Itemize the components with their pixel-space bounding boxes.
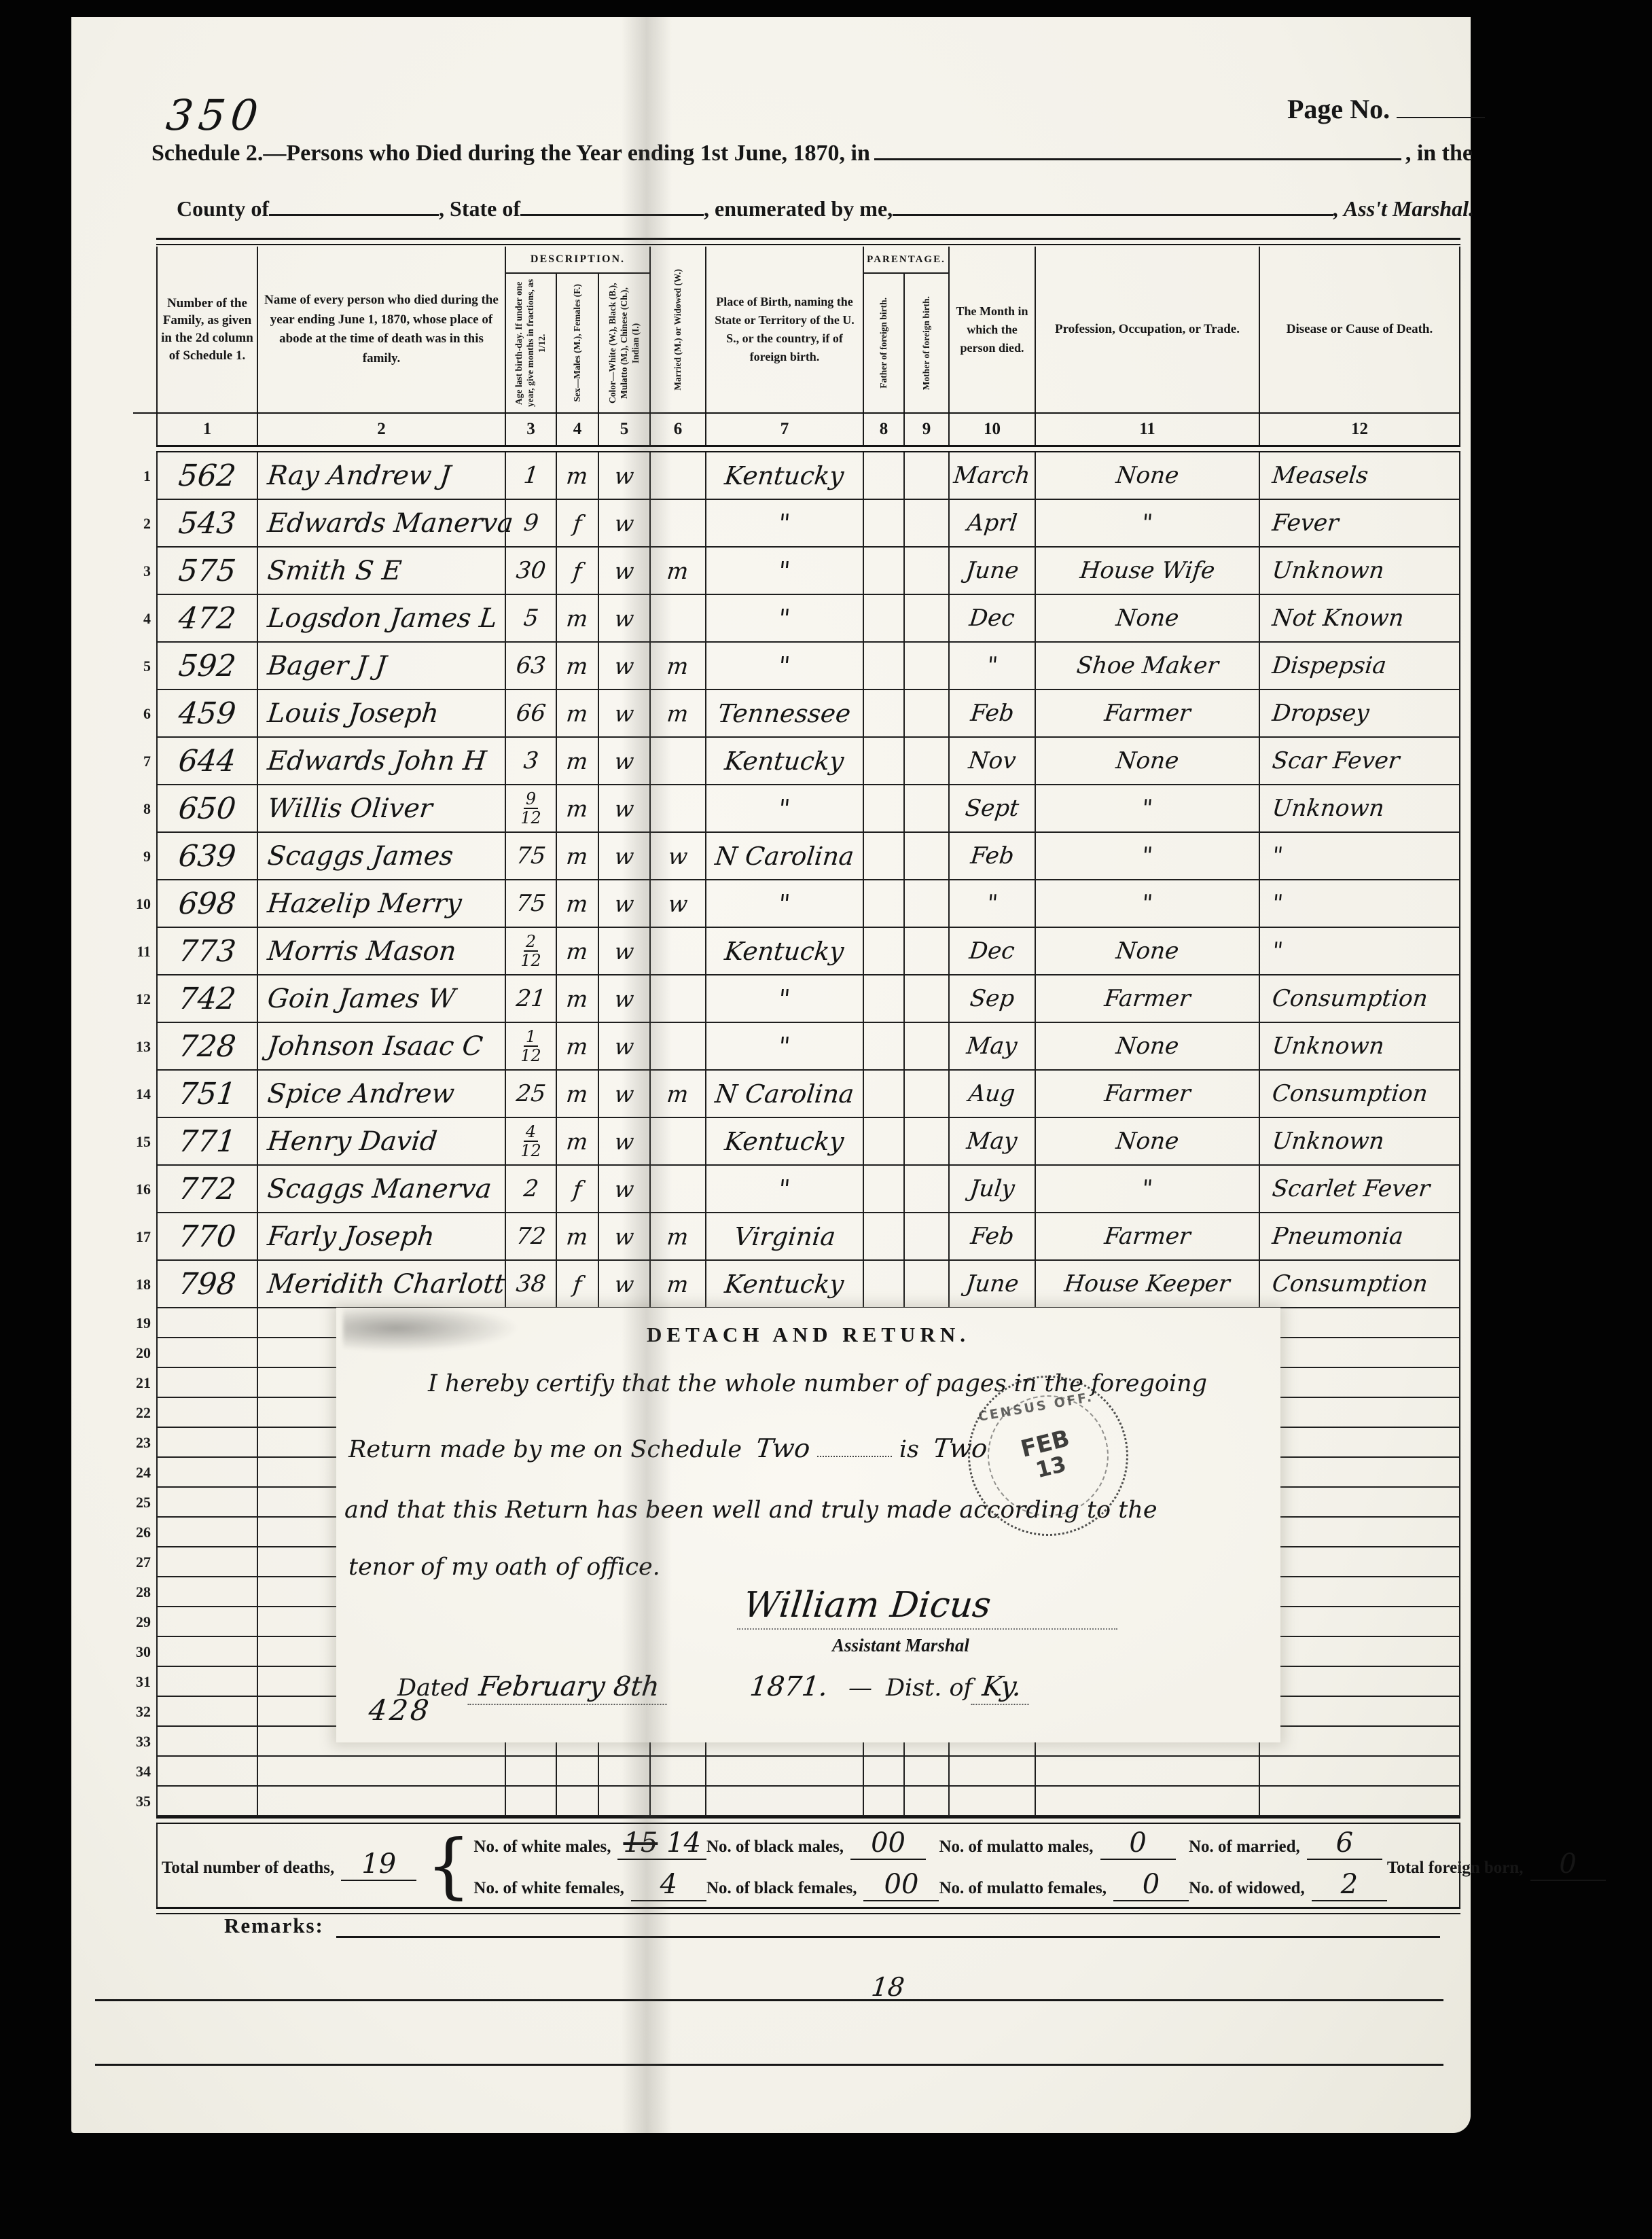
age-handwritten: 2 <box>522 1175 540 1202</box>
table-row: 15771Henry David412MWKentuckyMayNoneUnkn… <box>133 1118 1460 1166</box>
cause-handwritten: Unknown <box>1271 1033 1386 1060</box>
group-header-description: Description. <box>506 247 651 274</box>
cell-family: 773 <box>156 928 258 975</box>
cell-cause: Consumption <box>1260 1261 1460 1308</box>
cell-married <box>651 1023 706 1071</box>
cell-family <box>156 1757 258 1787</box>
sex-handwritten: M <box>565 938 589 965</box>
cell-mother <box>905 1071 950 1118</box>
birthplace-handwritten: " <box>777 556 792 586</box>
cell-birthplace: Kentucky <box>706 452 864 500</box>
married-handwritten: M <box>666 700 689 727</box>
line-number: 8 <box>133 785 156 833</box>
cell-married: M <box>651 1071 706 1118</box>
cell-father <box>864 690 905 738</box>
married-handwritten: W <box>667 843 689 870</box>
occupation-handwritten: None <box>1115 747 1180 774</box>
cell-occupation: None <box>1036 928 1260 975</box>
foreign-born-value: 0 <box>1530 1850 1606 1881</box>
cell-family <box>156 1398 258 1428</box>
cell-sex <box>557 1787 599 1816</box>
cell-sex: F <box>557 1166 599 1213</box>
cell-father <box>864 928 905 975</box>
birthplace-handwritten: Tennessee <box>717 699 852 728</box>
cell-name: Edwards John H <box>258 738 506 785</box>
cell-sex: M <box>557 880 599 928</box>
mulatto-males-label: No. of mulatto males, <box>939 1838 1093 1857</box>
cell-family <box>156 1577 258 1607</box>
paper-sheet: 350 Page No. Schedule 2.—Persons who Die… <box>71 17 1471 2133</box>
foreign-born-count: Total foreign born, 0 <box>1387 1850 1606 1881</box>
table-row: 13728Johnson Isaac C112MW"MayNoneUnknown <box>133 1023 1460 1071</box>
family-handwritten: 592 <box>177 649 237 683</box>
cell-month: March <box>950 452 1036 500</box>
cell-mother <box>905 1023 950 1071</box>
cell-married <box>651 1757 706 1787</box>
cell-father <box>864 643 905 690</box>
column-header-mother-foreign: Mother of foreign birth. <box>905 274 950 412</box>
birthplace-handwritten: " <box>777 1032 792 1061</box>
cell-month: Sept <box>950 785 1036 833</box>
age-fraction: 212 <box>520 933 541 969</box>
county-line: County of , State of , enumerated by me,… <box>177 195 1474 221</box>
occupation-handwritten: None <box>1115 1033 1180 1060</box>
column-header-age: Age last birth-day. If under one year, g… <box>506 274 557 412</box>
cell-mother <box>905 738 950 785</box>
age-fraction: 112 <box>520 1028 541 1064</box>
cell-family: 644 <box>156 738 258 785</box>
cell-mother <box>905 1261 950 1308</box>
month-handwritten: Dec <box>968 937 1016 965</box>
cell-sex: M <box>557 975 599 1023</box>
cell-age: 9 <box>506 500 557 548</box>
name-handwritten: Goin James W <box>266 984 457 1014</box>
column-header-sex-text: Sex—Males (M.), Females (F.) <box>572 284 583 401</box>
widowed-value: 2 <box>1312 1871 1387 1901</box>
month-handwritten: Sept <box>964 795 1020 822</box>
cell-sex: M <box>557 690 599 738</box>
cell-father <box>864 595 905 643</box>
marital-counts: No. of married, 6 No. of widowed, 2 <box>1189 1829 1387 1901</box>
cell-family: 472 <box>156 595 258 643</box>
cell-family: 562 <box>156 452 258 500</box>
line-number: 2 <box>133 500 156 548</box>
birthplace-handwritten: Kentucky <box>723 461 846 490</box>
family-handwritten: 644 <box>177 744 237 778</box>
remarks-line-1 <box>336 1936 1440 1938</box>
family-handwritten: 543 <box>177 506 237 541</box>
cell-family: 771 <box>156 1118 258 1166</box>
cell-birthplace: N Carolina <box>706 833 864 880</box>
column-header-father-foreign: Father of foreign birth. <box>864 274 905 412</box>
name-handwritten: Logsdon James L <box>266 603 499 634</box>
cell-occupation <box>1036 1757 1260 1787</box>
cell-mother <box>905 928 950 975</box>
cell-age <box>506 1757 557 1787</box>
cell-color: W <box>599 595 651 643</box>
cell-name: Edwards Manerva <box>258 500 506 548</box>
occupation-handwritten: Farmer <box>1103 700 1192 727</box>
cell-color: W <box>599 1261 651 1308</box>
cell-month: Sep <box>950 975 1036 1023</box>
cell-occupation: " <box>1036 785 1260 833</box>
cell-birthplace: " <box>706 785 864 833</box>
cell-color: W <box>599 1118 651 1166</box>
column-number-strip: 1 2 3 4 5 6 7 8 9 10 11 12 <box>133 414 1460 445</box>
cell-cause: Measels <box>1260 452 1460 500</box>
cell-family <box>156 1488 258 1518</box>
cell-month: Feb <box>950 1213 1036 1261</box>
cell-family <box>156 1637 258 1667</box>
cell-father <box>864 785 905 833</box>
cell-sex: M <box>557 452 599 500</box>
cell-mother <box>905 1213 950 1261</box>
age-handwritten: 75 <box>515 842 547 870</box>
occupation-handwritten: " <box>1141 1175 1154 1202</box>
cell-father <box>864 1166 905 1213</box>
schedule-number-handwritten: Two <box>755 1433 812 1463</box>
stamp-office-text: CENSUS OFF. <box>977 1389 1095 1424</box>
cell-occupation: None <box>1036 595 1260 643</box>
cell-family: 459 <box>156 690 258 738</box>
sex-handwritten: M <box>565 986 589 1012</box>
cell-family <box>156 1607 258 1637</box>
sex-handwritten: M <box>565 700 589 727</box>
line-number: 35 <box>133 1787 156 1816</box>
white-males-final: 14 <box>666 1827 701 1859</box>
cell-cause <box>1260 1607 1460 1637</box>
name-handwritten: Bager J J <box>266 651 388 681</box>
cell-name: Scaggs James <box>258 833 506 880</box>
cell-family: 639 <box>156 833 258 880</box>
cell-cause: Dropsey <box>1260 690 1460 738</box>
line-number: 10 <box>133 880 156 928</box>
state-label: , State of <box>439 196 520 221</box>
column-header-sex: Sex—Males (M.), Females (F.) <box>557 274 599 412</box>
table-row: 2543Edwards Manerva9FW"Aprl"Fever <box>133 500 1460 548</box>
occupation-handwritten: Farmer <box>1103 985 1192 1012</box>
column-number: 2 <box>258 414 506 445</box>
birthplace-handwritten: Kentucky <box>723 747 846 776</box>
schedule-blank <box>817 1437 892 1457</box>
cell-sex: F <box>557 1261 599 1308</box>
enumerator-blank <box>893 195 1333 216</box>
line-number: 17 <box>133 1213 156 1261</box>
cell-age: 1 <box>506 452 557 500</box>
sex-handwritten: M <box>565 463 589 489</box>
month-handwritten: July <box>969 1175 1016 1202</box>
cell-sex: M <box>557 738 599 785</box>
cell-age: 3 <box>506 738 557 785</box>
table-row: 18798Meridith Charlott38FWMKentuckyJuneH… <box>133 1261 1460 1308</box>
stamp-month: FEB <box>1019 1427 1073 1463</box>
cell-age: 25 <box>506 1071 557 1118</box>
family-handwritten: 773 <box>177 934 237 969</box>
name-handwritten: Edwards John H <box>266 746 488 776</box>
cell-name: Louis Joseph <box>258 690 506 738</box>
cell-occupation: None <box>1036 1118 1260 1166</box>
color-handwritten: W <box>613 748 635 774</box>
cell-name <box>258 1757 506 1787</box>
age-handwritten: 75 <box>515 890 547 917</box>
cell-name: Smith S E <box>258 548 506 595</box>
cell-father <box>864 1023 905 1071</box>
sex-handwritten: F <box>572 1176 583 1202</box>
district-value-handwritten: Ky. <box>971 1671 1032 1705</box>
color-handwritten: W <box>613 1033 635 1060</box>
cell-month <box>950 1787 1036 1816</box>
age-handwritten: 5 <box>522 605 540 632</box>
cell-married: M <box>651 1261 706 1308</box>
cause-handwritten: " <box>1271 842 1285 870</box>
white-females-value: 4 <box>631 1871 706 1901</box>
cell-birthplace: Virginia <box>706 1213 864 1261</box>
table-row: 17770Farly Joseph72MWMVirginiaFebFarmerP… <box>133 1213 1460 1261</box>
cell-married: W <box>651 880 706 928</box>
enumerated-label: , enumerated by me, <box>704 196 893 221</box>
cell-cause <box>1260 1547 1460 1577</box>
age-handwritten: 1 <box>522 462 540 489</box>
cell-month: Feb <box>950 690 1036 738</box>
folio-number-handwritten: 350 <box>164 90 266 140</box>
sex-handwritten: F <box>572 558 583 584</box>
cell-occupation <box>1036 1787 1260 1816</box>
table-row: 9639Scaggs James75MWWN CarolinaFeb"" <box>133 833 1460 880</box>
page-no-label: Page No. <box>1287 93 1485 125</box>
cell-sex: M <box>557 595 599 643</box>
cell-cause <box>1260 1338 1460 1368</box>
cell-cause <box>1260 1458 1460 1488</box>
cell-occupation: None <box>1036 1023 1260 1071</box>
family-handwritten: 650 <box>177 791 237 826</box>
line-number: 14 <box>133 1071 156 1118</box>
cell-age: 5 <box>506 595 557 643</box>
cause-handwritten: Fever <box>1271 509 1340 537</box>
month-handwritten: Aug <box>967 1080 1016 1107</box>
cell-mother <box>905 690 950 738</box>
family-handwritten: 562 <box>177 459 237 493</box>
cell-family: 751 <box>156 1071 258 1118</box>
page-no-blank <box>1397 94 1485 118</box>
color-handwritten: W <box>613 1223 635 1250</box>
married-handwritten: M <box>666 1081 689 1107</box>
table-row: 4472Logsdon James L5MW"DecNoneNot Known <box>133 595 1460 643</box>
cell-family: 592 <box>156 643 258 690</box>
cell-sex: M <box>557 1213 599 1261</box>
page-note-handwritten: 428 <box>367 1694 433 1727</box>
dated-line: Dated February 8th 1871. — Dist. of Ky. <box>397 1671 1030 1705</box>
sex-handwritten: M <box>565 1128 589 1155</box>
occupation-handwritten: None <box>1115 1128 1180 1155</box>
cell-age: 75 <box>506 833 557 880</box>
column-header-married-text: Married (M.) or Widowed (W.) <box>672 269 684 391</box>
cell-month: June <box>950 548 1036 595</box>
cell-age: 38 <box>506 1261 557 1308</box>
cell-color: W <box>599 738 651 785</box>
mulatto-counts: No. of mulatto males, 0 No. of mulatto f… <box>939 1829 1188 1901</box>
column-number: 8 <box>864 414 905 445</box>
cell-father <box>864 1757 905 1787</box>
occupation-handwritten: " <box>1141 509 1154 537</box>
table-row: 16772Scaggs Manerva2FW"July"Scarlet Feve… <box>133 1166 1460 1213</box>
line-number: 31 <box>133 1667 156 1697</box>
remarks-handwritten-note: 18 <box>870 1972 906 2002</box>
cell-name: Farly Joseph <box>258 1213 506 1261</box>
cell-father <box>864 500 905 548</box>
month-handwritten: June <box>965 557 1020 584</box>
cell-father <box>864 738 905 785</box>
cell-married <box>651 452 706 500</box>
cell-mother <box>905 1787 950 1816</box>
mulatto-females-value: 0 <box>1113 1871 1189 1901</box>
birthplace-handwritten: " <box>777 984 792 1014</box>
birthplace-handwritten: Virginia <box>732 1222 836 1251</box>
family-handwritten: 772 <box>177 1172 237 1206</box>
cell-cause <box>1260 1488 1460 1518</box>
certificate-heading: DETACH AND RETURN. <box>336 1323 1280 1347</box>
totals-bottom-rule <box>156 1907 1460 1914</box>
cell-name: Morris Mason <box>258 928 506 975</box>
column-number: 1 <box>156 414 258 445</box>
group-header-parentage: Parentage. <box>864 247 950 274</box>
month-handwritten: " <box>986 890 999 917</box>
header-bottom-rule <box>156 445 1460 452</box>
cell-mother <box>905 1166 950 1213</box>
cause-handwritten: " <box>1271 890 1285 917</box>
birthplace-handwritten: " <box>777 651 792 681</box>
cell-birthplace: " <box>706 548 864 595</box>
cell-mother <box>905 1118 950 1166</box>
line-number: 18 <box>133 1261 156 1308</box>
cell-occupation: " <box>1036 500 1260 548</box>
cell-birthplace: " <box>706 595 864 643</box>
cell-occupation: Shoe Maker <box>1036 643 1260 690</box>
remarks-line-3 <box>95 2064 1443 2066</box>
totals-band: Total number of deaths, 19 { No. of whit… <box>156 1824 1460 1907</box>
cell-family <box>156 1697 258 1727</box>
table-row: 10698Hazelip Merry75MWW"""" <box>133 880 1460 928</box>
foreign-born-label: Total foreign born, <box>1387 1859 1524 1878</box>
cell-mother <box>905 785 950 833</box>
occupation-handwritten: " <box>1141 795 1154 822</box>
married-label: No. of married, <box>1189 1838 1300 1857</box>
cell-married <box>651 1118 706 1166</box>
month-handwritten: May <box>965 1128 1019 1155</box>
column-header-cause-of-death: Disease or Cause of Death. <box>1260 247 1460 412</box>
married-handwritten: M <box>666 558 689 584</box>
cell-mother <box>905 975 950 1023</box>
cell-cause <box>1260 1667 1460 1697</box>
name-handwritten: Scaggs Manerva <box>266 1174 493 1204</box>
age-handwritten: 25 <box>515 1080 547 1107</box>
column-header-color-text: Color—White (W.), Black (B.), Mulatto (M… <box>607 276 642 410</box>
cell-cause <box>1260 1697 1460 1727</box>
name-handwritten: Hazelip Merry <box>266 889 463 919</box>
column-number: 7 <box>706 414 864 445</box>
line-number: 30 <box>133 1637 156 1667</box>
cell-month: " <box>950 880 1036 928</box>
cause-handwritten: Pneumonia <box>1271 1223 1405 1250</box>
cell-birthplace: Kentucky <box>706 1261 864 1308</box>
cell-name <box>258 1787 506 1816</box>
month-handwritten: Aprl <box>966 509 1019 537</box>
cell-married <box>651 928 706 975</box>
table-row: 14751Spice Andrew25MWMN CarolinaAugFarme… <box>133 1071 1460 1118</box>
cell-family <box>156 1338 258 1368</box>
cell-age: 2 <box>506 1166 557 1213</box>
family-handwritten: 742 <box>177 982 237 1016</box>
cell-birthplace: " <box>706 643 864 690</box>
cell-sex: F <box>557 500 599 548</box>
family-handwritten: 575 <box>177 554 237 588</box>
birthplace-handwritten: Kentucky <box>723 937 846 966</box>
cell-color: W <box>599 643 651 690</box>
cell-father <box>864 975 905 1023</box>
cell-month: " <box>950 643 1036 690</box>
cell-sex: M <box>557 1023 599 1071</box>
signature-title: Assistant Marshal <box>832 1635 969 1656</box>
certificate-line-2: Return made by me on Schedule Two is Two <box>348 1433 994 1463</box>
cell-cause <box>1260 1637 1460 1667</box>
cell-color: W <box>599 548 651 595</box>
cell-cause <box>1260 1577 1460 1607</box>
cell-father <box>864 1071 905 1118</box>
sex-handwritten: M <box>565 795 589 822</box>
cell-name: Henry David <box>258 1118 506 1166</box>
cell-month <box>950 1757 1036 1787</box>
occupation-handwritten: None <box>1115 605 1180 632</box>
line-number: 24 <box>133 1458 156 1488</box>
cell-occupation: None <box>1036 452 1260 500</box>
sex-handwritten: M <box>565 1081 589 1107</box>
black-counts: No. of black males, 00 No. of black fema… <box>706 1829 939 1901</box>
cell-birthplace <box>706 1757 864 1787</box>
birthplace-handwritten: " <box>777 1175 792 1204</box>
cell-age: 75 <box>506 880 557 928</box>
cell-sex: M <box>557 785 599 833</box>
cell-family <box>156 1787 258 1816</box>
age-handwritten: 30 <box>515 557 547 584</box>
cell-color: W <box>599 833 651 880</box>
column-number: 10 <box>950 414 1036 445</box>
column-header-father-text: Father of foreign birth. <box>878 298 890 389</box>
month-handwritten: " <box>986 652 999 679</box>
cell-father <box>864 452 905 500</box>
cell-family <box>156 1458 258 1488</box>
sex-handwritten: M <box>565 748 589 774</box>
cell-birthplace: Kentucky <box>706 928 864 975</box>
cell-cause <box>1260 1398 1460 1428</box>
color-handwritten: W <box>613 558 635 584</box>
stamp-day: 13 <box>1034 1453 1069 1482</box>
cell-occupation: House Wife <box>1036 548 1260 595</box>
cell-family <box>156 1308 258 1338</box>
line-number: 34 <box>133 1757 156 1787</box>
cell-mother <box>905 833 950 880</box>
cell-month: Dec <box>950 595 1036 643</box>
cell-family <box>156 1547 258 1577</box>
cell-age: 112 <box>506 1023 557 1071</box>
cell-birthplace: " <box>706 880 864 928</box>
color-handwritten: W <box>613 843 635 870</box>
cell-occupation: None <box>1036 738 1260 785</box>
table-row: 3575Smith S E30FWM"JuneHouse WifeUnknown <box>133 548 1460 595</box>
married-handwritten: M <box>666 1223 689 1250</box>
name-handwritten: Farly Joseph <box>266 1221 436 1252</box>
cell-name: Meridith Charlott <box>258 1261 506 1308</box>
color-handwritten: W <box>613 938 635 965</box>
line-number: 22 <box>133 1398 156 1428</box>
